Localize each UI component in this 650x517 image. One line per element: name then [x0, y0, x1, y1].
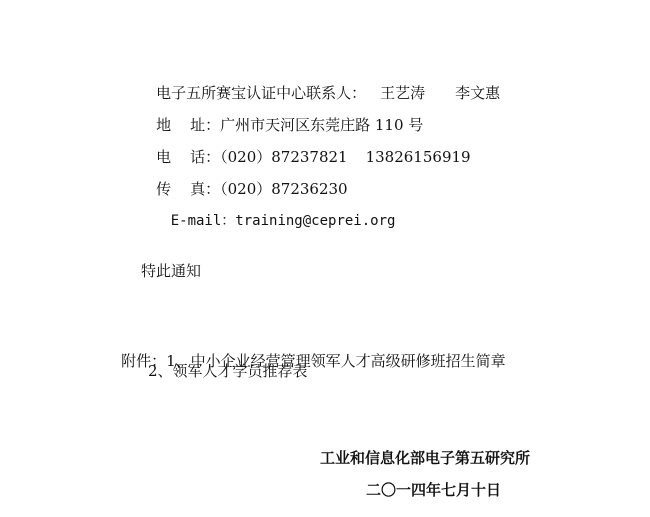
notice-text: 特此通知 — [141, 261, 201, 281]
email-label: E-mail： — [171, 213, 236, 229]
attachment-item-2: 2、领军人才学员推荐表 — [148, 361, 308, 381]
contact-person-2: 李文惠 — [455, 84, 500, 102]
phone-value-2: 13826156919 — [366, 148, 471, 166]
signature-date: 二〇一四年七月十日 — [366, 480, 501, 500]
signature-organization: 工业和信息化部电子第五研究所 — [320, 448, 530, 468]
email-line: E-mail：training@ceprei.org — [137, 191, 395, 251]
email-value: training@ceprei.org — [235, 213, 395, 229]
